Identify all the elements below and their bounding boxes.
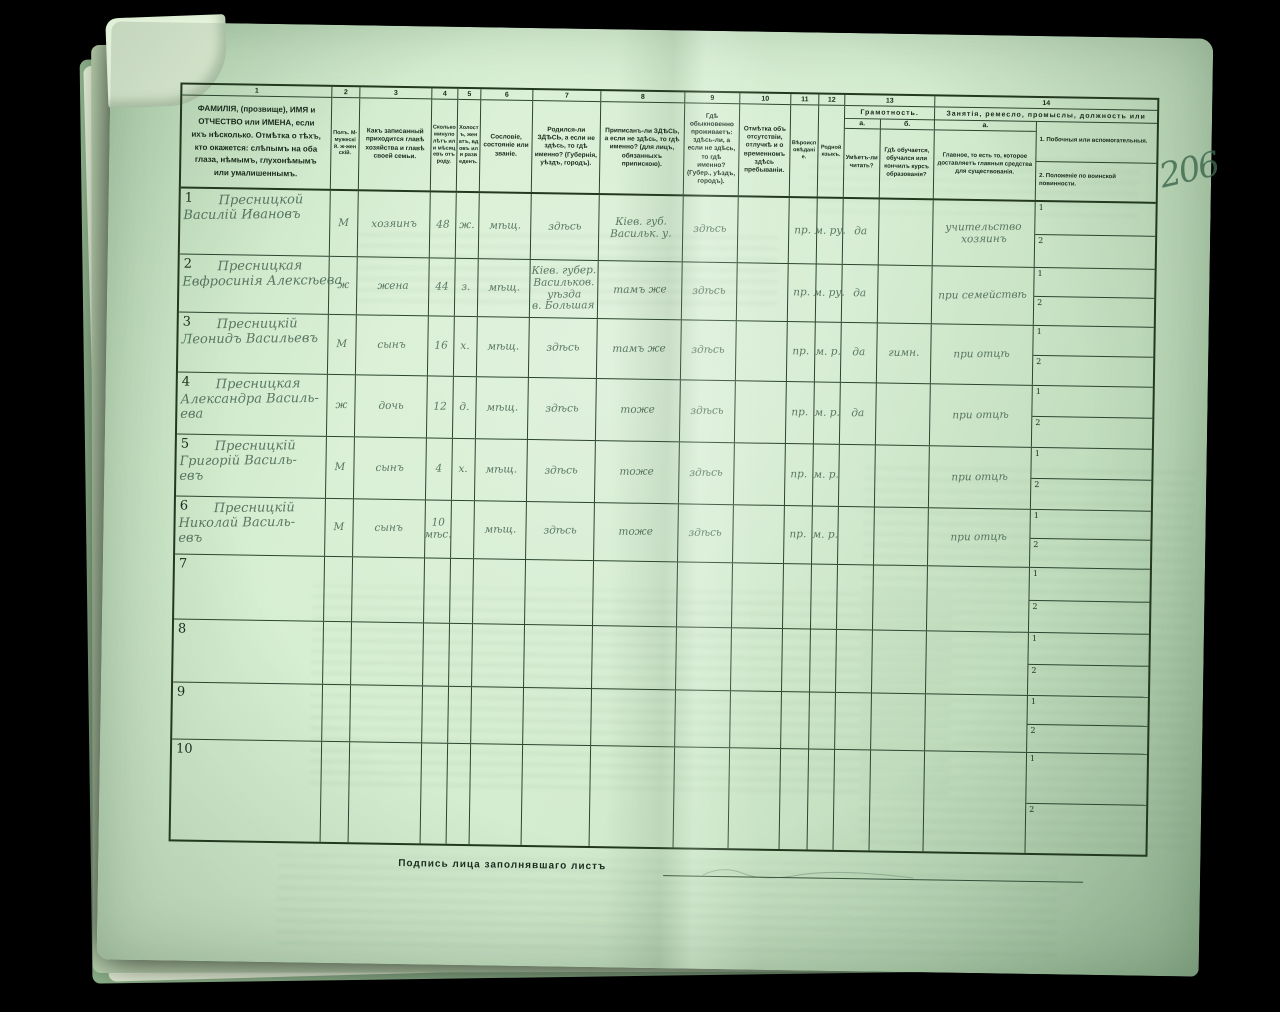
- cell-relation: дочь: [355, 375, 428, 437]
- cell-marital: з.: [455, 259, 479, 316]
- col-label: Какъ записанный приходится главѣ хозяйст…: [359, 98, 431, 190]
- cell-registered: [590, 746, 676, 847]
- printed-marker: 2: [1035, 418, 1040, 427]
- cell-absence: [736, 321, 788, 381]
- header-col-marital: 5 Холостъ, женатъ, вдовъ или разведенъ.: [457, 89, 482, 191]
- cell-relation: жена: [357, 257, 430, 315]
- cell-born: здѣсь: [531, 194, 600, 260]
- side-occupation-subcell: 2: [1030, 539, 1150, 569]
- header-col-name: 1 ФАМИЛІЯ, (прозвище), ИМЯ и ОТЧЕСТВО ил…: [181, 85, 333, 189]
- cell-estate: [472, 624, 525, 687]
- handwritten-value: мѣс.: [424, 529, 451, 541]
- cell-occupation: при отцѣ: [929, 446, 1032, 509]
- cell-born: [522, 745, 592, 846]
- cell-sex: М: [330, 191, 359, 256]
- side-occupation-subcell: 2: [1034, 297, 1154, 327]
- handwritten-value: х.: [459, 464, 468, 476]
- cell-language: [808, 749, 836, 849]
- cell-language: м. ру.: [817, 199, 844, 264]
- cell-marital: ж.: [456, 193, 480, 258]
- handwritten-value: да: [851, 408, 864, 420]
- handwritten-value: м. ру.: [813, 287, 845, 299]
- cell-marital: [450, 559, 474, 623]
- col-number: 12: [819, 95, 844, 106]
- cell-registered: тоже: [594, 503, 679, 561]
- census-sheet: 1 ФАМИЛІЯ, (прозвище), ИМЯ и ОТЧЕСТВО ил…: [97, 21, 1214, 976]
- handwritten-value: в. Большая: [532, 300, 595, 312]
- cell-estate: мѣщ.: [479, 193, 532, 259]
- cell-language: м. р.: [812, 506, 839, 563]
- handwritten-value: хозяинъ: [961, 233, 1007, 245]
- handwritten-value: М: [336, 339, 347, 351]
- col-label: Сословіе, состояніе или званіе.: [480, 100, 532, 192]
- header-col-religion: 11 Вѣроисповѣданіе.: [790, 94, 820, 196]
- side-occupation-subcell: 1: [1031, 448, 1151, 481]
- cell-relation: [350, 685, 423, 742]
- col-label: Сколько минуло лѣтъ или мѣсяцевъ отъ род…: [431, 99, 457, 190]
- header-subcol-side-occupation: 1. Побочныя или вспомогательныя. 2. Поло…: [1036, 122, 1157, 202]
- cell-age: [423, 623, 450, 685]
- cell-religion: пр.: [785, 444, 814, 505]
- cell-religion: пр.: [786, 382, 815, 443]
- cell-born: [525, 560, 594, 625]
- side-occupation-subcell: 1: [1033, 326, 1153, 358]
- handwritten-value: здѣсь: [693, 285, 726, 297]
- row-number: 5: [181, 437, 190, 452]
- table-row: 1012: [171, 739, 1147, 854]
- cell-reads: [836, 630, 873, 693]
- side-occupation-subcell: 1: [1028, 696, 1148, 726]
- printed-marker: 1: [1034, 511, 1039, 520]
- cell-estate: мѣщ.: [478, 259, 531, 317]
- side-occupation-subcell: 2: [1032, 417, 1152, 449]
- cell-age: 48: [430, 192, 457, 257]
- side-occupation-subcell: 1: [1034, 268, 1154, 299]
- cell-language: м. ру.: [816, 265, 843, 322]
- cell-religion: [782, 629, 811, 691]
- table-header: 1 ФАМИЛІЯ, (прозвище), ИМЯ и ОТЧЕСТВО ил…: [181, 85, 1158, 204]
- cell-born: здѣсь: [529, 318, 598, 378]
- handwritten-name-line: Леонидъ Васильевъ: [181, 332, 318, 348]
- cell-sex: ж: [329, 257, 358, 314]
- cell-registered: [592, 626, 677, 689]
- col-number: 9: [685, 92, 739, 104]
- cell-side-occupation: 12: [1027, 696, 1148, 754]
- cell-sex: М: [325, 499, 354, 556]
- col-number: 5: [458, 89, 480, 100]
- cell-resides: [676, 627, 732, 690]
- cell-born: Кіев. губер.Васильков.уѣздав. Большая: [530, 260, 599, 318]
- handwritten-value: м. р.: [812, 529, 838, 541]
- table-body: 1ПресницкойВасилій ИвановъМхозяинъ48ж.мѣ…: [171, 189, 1156, 855]
- cell-reads: да: [841, 323, 878, 383]
- cell-side-occupation: 12: [1035, 202, 1156, 269]
- cell-sex: [321, 742, 351, 842]
- cell-religion: [780, 749, 810, 849]
- side-occupation-subcell: 1: [1035, 202, 1156, 237]
- handwritten-value: сынъ: [376, 462, 404, 474]
- cell-sex: [324, 557, 353, 621]
- cell-age: 10мѣс.: [425, 500, 452, 557]
- subcol-letter: а.: [845, 119, 880, 130]
- cell-reads: [834, 750, 872, 851]
- cell-marital: [448, 687, 472, 743]
- printed-marker: 2: [1036, 357, 1041, 366]
- handwritten-value: сынъ: [378, 339, 406, 351]
- handwritten-value: пр.: [793, 287, 810, 299]
- handwritten-name-line: Пресницкій: [217, 317, 298, 332]
- col-label: Приписанъ-ли ЗДѢСЬ, а если не здѣсь, то …: [600, 102, 684, 194]
- cell-sex: М: [326, 437, 355, 498]
- cell-registered: [593, 561, 678, 626]
- cell-name: 4ПресницкаяАлександра Василь-ева: [177, 372, 328, 435]
- handwritten-value: х.: [461, 341, 470, 353]
- printed-marker: 2: [1038, 236, 1043, 245]
- col-label: Гдѣ обыкновенно проживаетъ: здѣсь-ли, а …: [684, 103, 739, 195]
- handwritten-value: здѣсь: [690, 467, 723, 479]
- handwritten-value: сынъ: [375, 522, 403, 534]
- handwritten-value: пр.: [792, 346, 809, 358]
- cell-name: 7: [174, 554, 325, 620]
- cell-marital: [447, 744, 472, 844]
- subcol-label-side: 1. Побочныя или вспомогательныя.: [1036, 122, 1157, 163]
- signature-label: Подпись лица заполнявшаго листъ: [398, 858, 606, 872]
- cell-estate: мѣщ.: [474, 501, 527, 559]
- cell-language: [809, 692, 836, 748]
- handwritten-value: тамъ же: [613, 284, 667, 296]
- cell-name: 6ПресницкійНиколай Василь-евъ: [175, 496, 326, 555]
- cell-religion: пр.: [787, 322, 816, 381]
- handwritten-name-line: евъ: [178, 531, 202, 546]
- header-col-estate: 6 Сословіе, состояніе или званіе.: [480, 89, 534, 192]
- cell-relation: сынъ: [353, 499, 426, 557]
- cell-resides: [677, 562, 733, 627]
- handwritten-name-line: Пресницкая: [216, 377, 301, 392]
- handwritten-value: М: [338, 218, 349, 230]
- cell-absence: [733, 505, 785, 563]
- cell-educated: [872, 630, 927, 693]
- cell-side-occupation: 12: [1030, 510, 1151, 569]
- handwritten-name-line: Евфросинія Алексѣева: [182, 274, 342, 290]
- handwritten-value: при отцѣ: [951, 532, 1008, 544]
- cell-resides: [675, 690, 731, 747]
- handwritten-value: здѣсь: [689, 527, 722, 539]
- side-occupation-subcell: 1: [1028, 633, 1148, 666]
- header-col-occupation: 14 Занятія, ремесло, промыслы, должность…: [934, 96, 1158, 201]
- cell-educated: [879, 199, 934, 265]
- handwritten-value: тамъ же: [612, 343, 666, 355]
- handwritten-name-line: Александра Василь-: [180, 392, 318, 408]
- cell-educated: [874, 507, 929, 565]
- handwritten-value: м. ру.: [814, 225, 846, 237]
- handwritten-value: жена: [377, 280, 408, 292]
- handwritten-value: здѣсь: [543, 525, 576, 537]
- cell-reads: [837, 565, 874, 630]
- cell-relation: [349, 742, 423, 843]
- handwritten-value: мѣщ.: [488, 282, 520, 294]
- handwritten-value: да: [854, 226, 867, 238]
- handwritten-name-line: Григорій Василь-: [179, 454, 297, 470]
- cell-name: 1ПресницкойВасилій Ивановъ: [180, 189, 331, 256]
- handwritten-value: здѣсь: [691, 405, 724, 417]
- handwritten-value: дочь: [378, 400, 403, 412]
- cell-side-occupation: 12: [1031, 448, 1152, 511]
- cell-language: м. р.: [814, 382, 841, 443]
- handwritten-value: мѣщ.: [486, 402, 518, 414]
- cell-relation: [352, 557, 425, 622]
- cell-reads: да: [842, 265, 879, 323]
- cell-side-occupation: 12: [1033, 326, 1154, 387]
- cell-language: [811, 564, 838, 628]
- cell-language: [810, 629, 837, 691]
- cell-estate: мѣщ.: [475, 439, 528, 501]
- side-occupation-subcell: 2: [1027, 724, 1147, 753]
- cell-registered: тоже: [596, 379, 681, 441]
- cell-age: 16: [428, 316, 455, 375]
- printed-marker: 2: [1031, 665, 1036, 674]
- cell-absence: [730, 691, 782, 748]
- printed-marker: 1: [1037, 327, 1042, 336]
- printed-marker: 2: [1034, 480, 1039, 489]
- handwritten-value: при отцѣ: [952, 472, 1009, 484]
- cell-educated: [870, 750, 926, 851]
- bleed-through: [277, 854, 1058, 956]
- handwritten-value: ж.: [460, 220, 475, 232]
- handwritten-name-line: евъ: [179, 469, 203, 484]
- cell-absence: [737, 263, 789, 321]
- handwritten-value: 44: [435, 281, 448, 293]
- handwritten-value: Васильков.: [533, 277, 594, 289]
- handwritten-value: мѣщ.: [484, 524, 516, 536]
- cell-name: 5ПресницкійГригорій Василь-евъ: [176, 434, 327, 497]
- cell-born: здѣсь: [527, 440, 596, 502]
- cell-educated: [873, 565, 928, 630]
- row-number: 8: [178, 622, 187, 637]
- col-label: Полъ. М-мужескій. ж-женскій.: [331, 98, 359, 189]
- handwritten-value: М: [335, 462, 346, 474]
- printed-marker: 1: [1036, 387, 1041, 396]
- printed-marker: 1: [1038, 269, 1043, 278]
- printed-marker: 1: [1030, 754, 1035, 763]
- cell-occupation: при отцѣ: [931, 324, 1034, 385]
- signature-mark: [698, 861, 918, 882]
- col-label: ФАМИЛІЯ, (прозвище), ИМЯ и ОТЧЕСТВО или …: [181, 96, 331, 189]
- side-occupation-subcell: 2: [1025, 803, 1146, 854]
- handwritten-value: 12: [433, 401, 446, 413]
- handwritten-value: пр.: [790, 469, 807, 481]
- col-number: 11: [791, 94, 818, 105]
- handwritten-value: 4: [436, 463, 443, 475]
- cell-resides: здѣсь: [682, 262, 738, 320]
- subcol-label: Умѣетъ-ли читать?: [844, 129, 880, 198]
- row-number: 3: [183, 315, 192, 330]
- cell-language: м. р.: [815, 323, 842, 382]
- handwritten-value: при семействѣ: [938, 289, 1027, 301]
- cell-reads: [835, 693, 872, 750]
- header-col-literacy: 13 Грамотность. а. Умѣетъ-ли читать? б. …: [844, 95, 936, 198]
- row-number: 7: [179, 557, 188, 572]
- cell-educated: [875, 445, 930, 507]
- printed-marker: 2: [1029, 804, 1034, 813]
- cell-born: [524, 625, 593, 688]
- cell-educated: гимн.: [877, 323, 932, 383]
- cell-marital: д.: [453, 377, 477, 438]
- col-label: Вѣроисповѣданіе.: [790, 105, 818, 196]
- handwritten-value: 48: [436, 219, 449, 231]
- printed-marker: 2: [1030, 725, 1035, 734]
- cell-age: [422, 686, 449, 742]
- header-col-sex: 2 Полъ. М-мужескій. ж-женскій.: [331, 87, 361, 189]
- handwritten-value: мѣщ.: [489, 220, 521, 232]
- row-number: 6: [180, 499, 189, 514]
- handwritten-value: при отцѣ: [954, 349, 1011, 361]
- printed-marker: 2: [1032, 601, 1037, 610]
- handwritten-value: мѣщ.: [485, 464, 517, 476]
- printed-marker: 1: [1035, 449, 1040, 458]
- header-subcol-main-occupation: а. Главное, то есть то, которое доставля…: [934, 120, 1037, 200]
- cell-sex: [323, 622, 352, 684]
- cell-occupation: при отцѣ: [928, 508, 1031, 567]
- cell-absence: [731, 628, 783, 691]
- cell-born: [523, 688, 592, 745]
- header-col-born: 7 Родился-ли ЗДѢСЬ, а если не здѣсь, то …: [532, 90, 602, 193]
- handwritten-name-line: Василій Ивановъ: [183, 208, 300, 224]
- handwritten-value: з.: [462, 282, 471, 294]
- cell-religion: пр.: [784, 506, 813, 563]
- handwritten-value: тоже: [620, 466, 655, 478]
- col-label: Родной языкъ.: [818, 106, 844, 197]
- col-number: 10: [740, 93, 790, 105]
- cell-registered: тамъ же: [597, 319, 682, 379]
- header-col-age: 4 Сколько минуло лѣтъ или мѣсяцевъ отъ р…: [431, 88, 459, 190]
- handwritten-name-line: Николай Василь-: [178, 516, 295, 532]
- cell-age: [424, 558, 451, 622]
- handwritten-value: м. р.: [813, 469, 839, 481]
- cell-occupation: при семействѣ: [932, 266, 1035, 325]
- printed-marker: 1: [1031, 697, 1036, 706]
- cell-estate: мѣщ.: [477, 317, 530, 377]
- cell-educated: [878, 265, 933, 323]
- cell-occupation: [925, 694, 1028, 752]
- cell-occupation: [927, 566, 1030, 632]
- handwritten-value: здѣсь: [546, 342, 579, 354]
- header-col-relation: 3 Какъ записанный приходится главѣ хозяй…: [359, 87, 433, 190]
- cell-occupation: при отцѣ: [930, 384, 1033, 447]
- cell-registered: тоже: [595, 441, 680, 503]
- side-occupation-subcell: 2: [1035, 235, 1155, 269]
- cell-absence: [734, 443, 786, 505]
- cell-absence: [738, 197, 790, 263]
- handwritten-value: 16: [434, 340, 447, 352]
- handwritten-value: здѣсь: [694, 223, 727, 235]
- cell-estate: [473, 559, 526, 624]
- cell-sex: [322, 685, 351, 741]
- cell-resides: здѣсь: [681, 320, 737, 380]
- cell-estate: [470, 744, 524, 845]
- side-occupation-subcell: 1: [1026, 753, 1147, 805]
- cell-religion: [783, 564, 812, 628]
- cell-reads: да: [843, 199, 880, 265]
- cell-side-occupation: 12: [1025, 753, 1147, 855]
- header-col-registered: 8 Приписанъ-ли ЗДѢСЬ, а если не здѣсь, т…: [600, 91, 686, 194]
- cell-age: [421, 743, 449, 843]
- handwritten-value: м. р.: [815, 346, 841, 358]
- cell-born: здѣсь: [526, 502, 595, 560]
- col-number: 4: [432, 88, 457, 99]
- cell-age: 44: [429, 258, 456, 315]
- cell-sex: М: [328, 315, 357, 374]
- col-label: Родился-ли ЗДѢСЬ, а если не здѣсь, то гд…: [532, 101, 600, 193]
- handwritten-value: тоже: [621, 404, 656, 416]
- cell-registered: Кіев. губ.Васильк. у.: [599, 195, 684, 261]
- printed-marker: 1: [1039, 203, 1044, 212]
- handwritten-value: здѣсь: [692, 344, 725, 356]
- side-occupation-subcell: 2: [1031, 479, 1151, 511]
- handwritten-value: здѣсь: [544, 465, 577, 477]
- row-number: 10: [176, 742, 193, 757]
- cell-registered: тамъ же: [598, 261, 683, 319]
- col-number: 6: [481, 89, 532, 101]
- handwritten-value: М: [334, 522, 345, 534]
- cell-resides: здѣсь: [678, 504, 734, 562]
- cell-relation: сынъ: [354, 437, 427, 499]
- row-number: 4: [182, 375, 191, 390]
- row-number: 2: [184, 257, 193, 272]
- cell-estate: [471, 687, 524, 744]
- handwritten-value: здѣсь: [548, 221, 581, 233]
- cell-name: 10: [171, 739, 323, 841]
- subcol-label: Главное, то есть то, которое доставляетъ…: [934, 130, 1036, 200]
- photo-of-census-sheet: { "page": { "page_number": "206", "signa…: [0, 0, 1280, 1012]
- side-occupation-subcell: 2: [1029, 600, 1149, 633]
- census-table: 1 ФАМИЛІЯ, (прозвище), ИМЯ и ОТЧЕСТВО ил…: [169, 82, 1160, 856]
- header-col-language: 12 Родной языкъ.: [818, 95, 846, 197]
- cell-born: здѣсь: [528, 378, 597, 440]
- side-occupation-subcell: 1: [1032, 386, 1152, 419]
- cell-estate: мѣщ.: [476, 377, 529, 439]
- row-number: 9: [177, 685, 186, 700]
- handwritten-value: ж: [335, 400, 347, 412]
- printed-marker: 2: [1033, 540, 1038, 549]
- cell-language: м. р.: [813, 444, 840, 505]
- handwritten-name-line: ева: [180, 407, 203, 422]
- cell-resides: здѣсь: [680, 380, 736, 442]
- cell-reads: да: [840, 383, 877, 445]
- handwritten-value: Васильк. у.: [610, 228, 672, 240]
- page-number: 206: [1155, 144, 1221, 196]
- cell-age: 12: [427, 376, 454, 437]
- handwritten-name-line: Пресницкая: [218, 259, 303, 274]
- handwritten-value: м. р.: [814, 407, 840, 419]
- handwritten-value: тоже: [619, 526, 654, 538]
- side-occupation-subcell: 2: [1033, 356, 1153, 387]
- col-label: Холостъ, женатъ, вдовъ или разведенъ.: [457, 100, 480, 191]
- cell-resides: здѣсь: [683, 196, 739, 262]
- cell-name: 9: [172, 682, 323, 740]
- cell-absence: [735, 381, 787, 443]
- handwritten-value: мѣщ.: [487, 341, 519, 353]
- cell-resides: здѣсь: [679, 442, 735, 504]
- cell-relation: [351, 622, 424, 685]
- subcol-label-military: 2. Положеніе по воинской повинности.: [1036, 161, 1157, 201]
- cell-occupation: [924, 751, 1028, 853]
- cell-marital: [449, 624, 473, 686]
- side-occupation-subcell: 1: [1030, 510, 1150, 541]
- row-number: 1: [185, 191, 194, 206]
- subcol-label: Гдѣ обучается, обучался или кончилъ курс…: [879, 129, 933, 198]
- col-number: 2: [332, 87, 359, 98]
- printed-marker: 1: [1032, 634, 1037, 643]
